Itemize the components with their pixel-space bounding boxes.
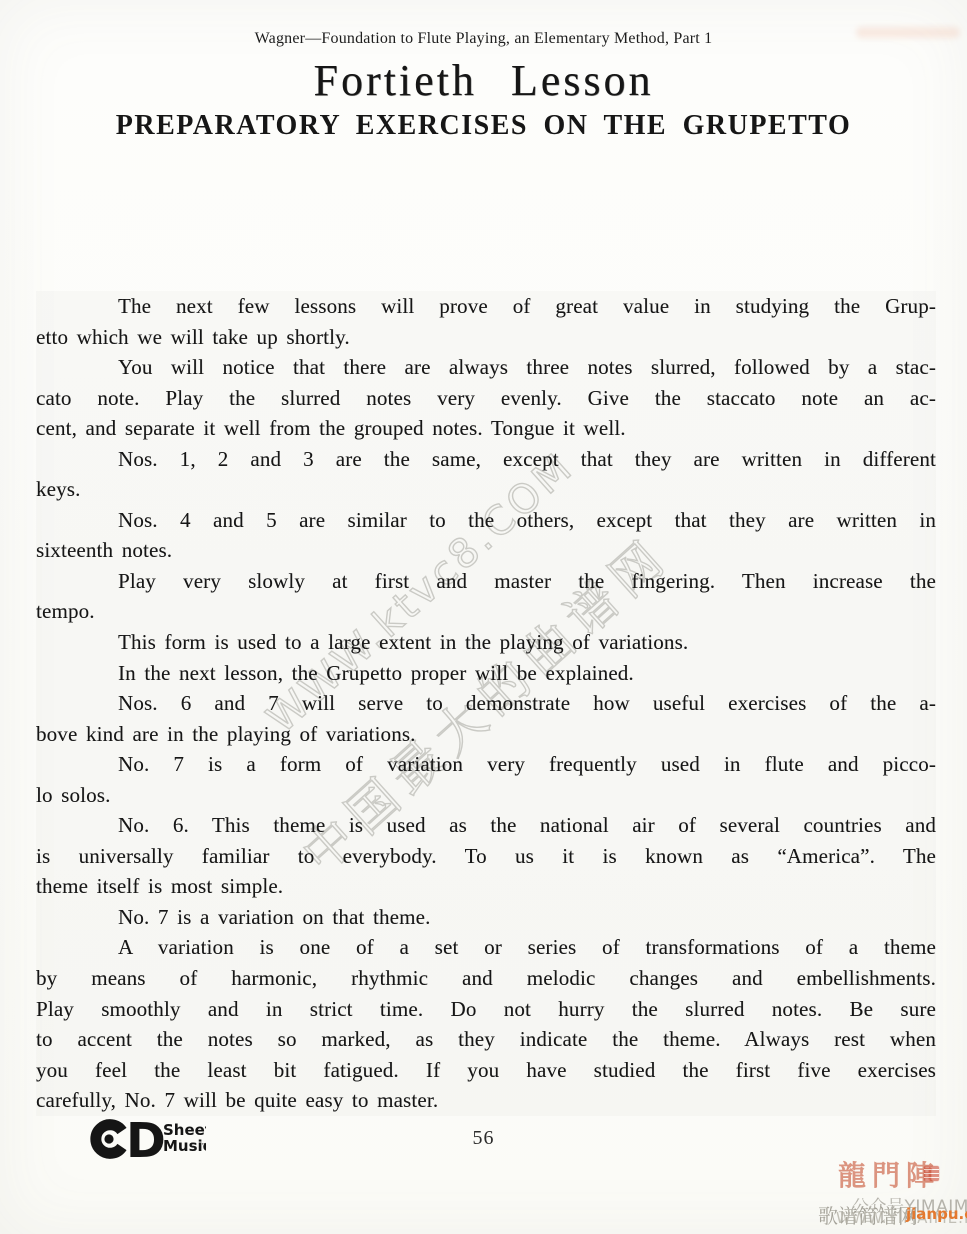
text-line: No. 7 is a form of variation very freque…	[36, 749, 936, 780]
text-line: Play very slowly at first and master the…	[36, 566, 936, 597]
text-line: Play smoothly and in strict time. Do not…	[36, 994, 936, 1025]
text-line: to accent the notes so marked, as they i…	[36, 1024, 936, 1055]
text-line: cent, and separate it well from the grou…	[36, 413, 936, 444]
text-line: theme itself is most simple.	[36, 871, 936, 902]
logo-text-music: Music	[163, 1137, 206, 1155]
text-line: No. 7 is a variation on that theme.	[36, 902, 936, 933]
text-line: This form is used to a large extent in t…	[36, 627, 936, 658]
text-line: is universally familiar to everybody. To…	[36, 841, 936, 872]
text-line: you feel the least bit fatigued. If you …	[36, 1055, 936, 1086]
faint-red-smudge	[856, 27, 960, 38]
page-subtitle: PREPARATORY EXERCISES ON THE GRUPETTO	[0, 110, 967, 142]
cdsheetmusic-logo: D Sheet Music ™	[88, 1118, 206, 1165]
red-seal	[924, 1166, 939, 1181]
text-line: etto which we will take up shortly.	[36, 322, 936, 353]
text-line: Nos. 1, 2 and 3 are the same, except tha…	[36, 444, 936, 475]
text-line: The next few lessons will prove of great…	[36, 291, 936, 322]
lesson-text: The next few lessons will prove of great…	[36, 291, 936, 1116]
text-line: Nos. 4 and 5 are similar to the others, …	[36, 505, 936, 536]
text-line: You will notice that there are always th…	[36, 352, 936, 383]
text-line: lo solos.	[36, 780, 936, 811]
text-line: keys.	[36, 474, 936, 505]
text-line: carefully, No. 7 will be quite easy to m…	[36, 1085, 936, 1116]
text-line: bove kind are in the playing of variatio…	[36, 719, 936, 750]
text-line: In the next lesson, the Grupetto proper …	[36, 658, 936, 689]
text-line: A variation is one of a set or series of…	[36, 932, 936, 963]
text-line: No. 6. This theme is used as the nationa…	[36, 810, 936, 841]
site-link-watermark: jianpu.cn	[906, 1205, 967, 1223]
text-line: by means of harmonic, rhythmic and melod…	[36, 963, 936, 994]
scanned-page: Wagner—Foundation to Flute Playing, an E…	[0, 0, 967, 1234]
page-title: Fortieth Lesson	[0, 55, 967, 106]
text-line: tempo.	[36, 596, 936, 627]
logo-letter-d: D	[126, 1118, 166, 1160]
logo-trademark: ™	[201, 1142, 206, 1150]
cd-disc-icon: D Sheet Music ™	[88, 1118, 206, 1160]
text-line: sixteenth notes.	[36, 535, 936, 566]
text-line: Nos. 6 and 7 will serve to demonstrate h…	[36, 688, 936, 719]
text-line: cato note. Play the slurred notes very e…	[36, 383, 936, 414]
running-header: Wagner—Foundation to Flute Playing, an E…	[0, 30, 967, 48]
